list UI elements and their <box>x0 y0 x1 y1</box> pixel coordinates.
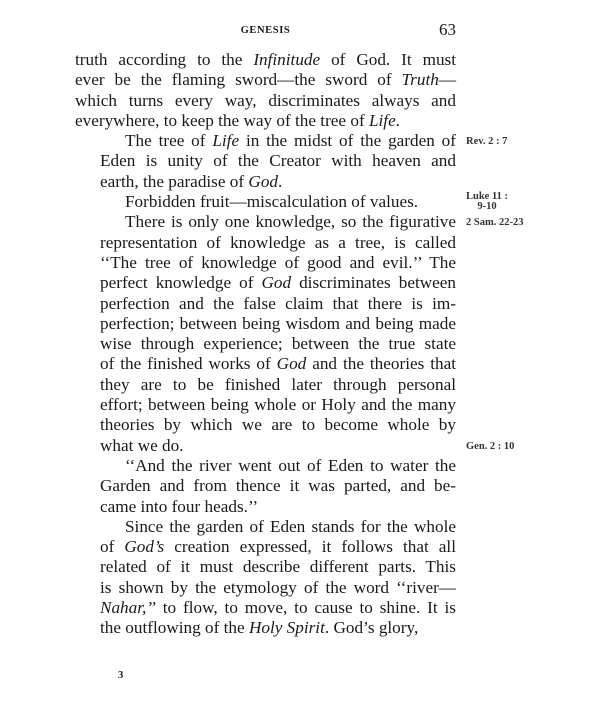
text-line: is shown by the etymology of the word ‘‘… <box>75 578 456 598</box>
body-text: truth according to the Infinitude of God… <box>75 50 456 639</box>
emphasis: God <box>277 354 307 373</box>
scripture-reference: Rev. 2 : 7 <box>466 136 507 147</box>
text-line: of God’s creation expressed, it follows … <box>75 537 456 557</box>
text-line: Nahar,’’ to flow, to move, to cause to s… <box>75 598 456 618</box>
emphasis: Infinitude <box>253 50 320 69</box>
emphasis: Truth <box>402 70 439 89</box>
emphasis: God <box>248 172 278 191</box>
text-line: representation of knowledge as a tree, i… <box>75 233 456 253</box>
emphasis: Nahar,’’ <box>100 598 156 617</box>
text-line: Garden and from thence it was parted, an… <box>75 476 456 496</box>
text-line: The tree of Life in the midst of the gar… <box>75 131 456 151</box>
paragraph: ‘‘And the river went out of Eden to wate… <box>75 456 456 517</box>
paragraph: There is only one knowledge, so the figu… <box>75 212 456 456</box>
text-line: Since the garden of Eden stands for the … <box>75 517 456 537</box>
text-line: There is only one knowledge, so the figu… <box>75 212 456 232</box>
running-head: GENESIS 63 <box>75 20 456 42</box>
text-line: Eden is unity of the Creator with heaven… <box>75 151 456 171</box>
emphasis: God’s <box>124 537 164 556</box>
text-line: effort; between being whole or Holy and … <box>75 395 456 415</box>
text-line: they are to be finished later through pe… <box>75 375 456 395</box>
paragraph: Forbidden fruit—miscalculation of values… <box>75 192 456 212</box>
paragraph: Since the garden of Eden stands for the … <box>75 517 456 639</box>
text-line: ‘‘And the river went out of Eden to wate… <box>75 456 456 476</box>
text-line: which turns every way, discriminates alw… <box>75 91 456 111</box>
running-title: GENESIS <box>75 25 456 36</box>
text-line: wise through experience; between the tru… <box>75 334 456 354</box>
emphasis: Life <box>369 111 396 130</box>
text-line: perfection; between being wisdom and bei… <box>75 314 456 334</box>
book-page: GENESIS 63 truth according to the Infini… <box>0 0 600 709</box>
text-line: related of it must describe different pa… <box>75 557 456 577</box>
paragraph: truth according to the Infinitude of God… <box>75 50 456 131</box>
emphasis: Life <box>212 131 239 150</box>
page-number: 63 <box>439 20 456 40</box>
text-line: what we do. <box>75 436 456 456</box>
text-line: theories by which we are to become whole… <box>75 415 456 435</box>
reference-verses: 9-10 <box>466 202 508 212</box>
paragraph: The tree of Life in the midst of the gar… <box>75 131 456 192</box>
scripture-reference: Gen. 2 : 10 <box>466 441 514 452</box>
text-line: perfect knowledge of God discriminates b… <box>75 273 456 293</box>
text-line: everywhere, to keep the way of the tree … <box>75 111 456 131</box>
text-line: came into four heads.’’ <box>75 497 456 517</box>
emphasis: Holy Spirit <box>249 618 325 637</box>
scripture-reference: 2 Sam. 22-23 <box>466 217 523 228</box>
emphasis: God <box>261 273 291 292</box>
text-line: of the finished works of God and the the… <box>75 354 456 374</box>
signature-mark: 3 <box>118 670 123 681</box>
text-line: ‘‘The tree of knowledge of good and evil… <box>75 253 456 273</box>
text-line: ever be the flaming sword—the sword of T… <box>75 70 456 90</box>
text-line: perfection and the false claim that ther… <box>75 294 456 314</box>
text-line: earth, the paradise of God. <box>75 172 456 192</box>
text-line: the outflowing of the Holy Spirit. God’s… <box>75 618 456 638</box>
text-line: truth according to the Infinitude of God… <box>75 50 456 70</box>
scripture-reference: Luke 11 :9-10 <box>466 192 508 212</box>
text-line: Forbidden fruit—miscalculation of values… <box>75 192 456 212</box>
